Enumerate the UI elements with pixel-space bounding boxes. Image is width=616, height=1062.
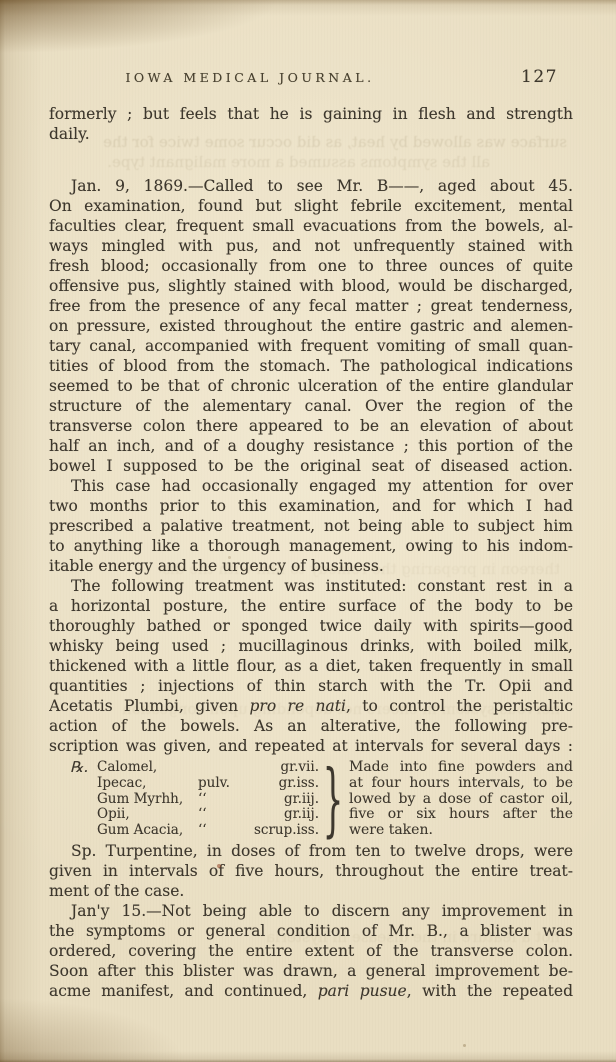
text-line: to anything like a thorough management, … — [49, 536, 573, 556]
rx-directions-line: five or six hours after the powders — [349, 807, 573, 823]
rx-item-name: Gum Myrhh, — [97, 792, 192, 808]
text-line: itable energy and the urgency of busines… — [49, 556, 573, 576]
rx-item-amount: gr.iss. — [242, 776, 319, 792]
text-line: seemed to be that of chronic ulceration … — [49, 376, 573, 396]
rx-directions-line: Made into fine powders and given — [349, 760, 573, 776]
text-line: The following treatment was instituted: … — [49, 576, 573, 596]
paragraph: Sp. Turpentine, in doses of from ten to … — [49, 841, 573, 901]
text-line: prescribed a palative treatment, not bei… — [49, 516, 573, 536]
rx-ingredient-table: Calomel,gr.vii.Ipecac,pulv.gr.iss.Gum My… — [97, 760, 319, 839]
rx-item-amount: scrup.iss. — [242, 823, 319, 839]
text-line: Jan. 9, 1869.—Called to see Mr. B——, age… — [49, 176, 573, 196]
text-line: fresh blood; occasionally from one to th… — [49, 256, 573, 276]
body-text-upper: formerly ; but feels that he is gaining … — [49, 104, 573, 756]
journal-title: IOWA MEDICAL JOURNAL. — [0, 70, 500, 85]
text-line: ordered, covering the entire extent of t… — [49, 941, 573, 961]
rx-item-amount: gr.iij. — [242, 792, 319, 808]
rx-directions-line: were taken. — [349, 823, 573, 839]
text-line: tary canal, accompanied with frequent vo… — [49, 336, 573, 356]
rx-directions-line: lowed by a dose of castor oil, some — [349, 792, 573, 808]
rx-item-name: Gum Acacia, — [97, 823, 192, 839]
text-line: whisky being used ; mucillaginous drinks… — [49, 636, 573, 656]
text-line: Acetatis Plumbi, given pro re nati, to c… — [49, 696, 573, 716]
running-header: IOWA MEDICAL JOURNAL. 127 — [0, 70, 616, 92]
rx-item-qualifier: ‘‘ — [192, 823, 242, 839]
text-line: ment of the case. — [49, 881, 573, 901]
text-line: quantities ; injections of thin starch w… — [49, 676, 573, 696]
paragraph: Jan. 9, 1869.—Called to see Mr. B——, age… — [49, 176, 573, 476]
prescription-block: ℞. Calomel,gr.vii.Ipecac,pulv.gr.iss.Gum… — [49, 760, 573, 842]
text-line: Soon after this blister was drawn, a gen… — [49, 961, 573, 981]
text-line: On examination, found but slight febrile… — [49, 196, 573, 216]
rx-item-name: Ipecac, — [97, 776, 192, 792]
rx-directions-line: at four hours intervals, to be fol- — [349, 776, 573, 792]
text-line: a horizontal posture, the entire surface… — [49, 596, 573, 616]
text-line: thoroughly bathed or sponged twice daily… — [49, 616, 573, 636]
text-line: structure of the alementary canal. Over … — [49, 396, 573, 416]
rx-item-name: Opii, — [97, 807, 192, 823]
rx-item-qualifier: pulv. — [192, 776, 242, 792]
text-line: transverse colon there appeared to be an… — [49, 416, 573, 436]
rx-item-qualifier: ‘‘ — [192, 792, 242, 808]
rx-symbol: ℞. — [49, 760, 97, 776]
text-line: offensive pus, slightly stained with blo… — [49, 276, 573, 296]
rx-item-amount: gr.vii. — [242, 760, 319, 776]
text-line: the symptoms or general condition of Mr.… — [49, 921, 573, 941]
rx-item-amount: gr.iij. — [242, 807, 319, 823]
text-line: thickened with a little flour, as a diet… — [49, 656, 573, 676]
body-text-lower: Sp. Turpentine, in doses of from ten to … — [49, 841, 573, 1001]
page-number: 127 — [521, 67, 558, 87]
rx-item-name: Calomel, — [97, 760, 192, 776]
text-line: This case had occasionally engaged my at… — [49, 476, 573, 496]
text-line: acme manifest, and continued, pari pusue… — [49, 981, 573, 1001]
text-line: given in intervals of five hours, throug… — [49, 861, 573, 881]
text-line: free from the presence of any fecal matt… — [49, 296, 573, 316]
text-line: Jan'y 15.—Not being able to discern any … — [49, 901, 573, 921]
text-line: Sp. Turpentine, in doses of from ten to … — [49, 841, 573, 861]
paper-speck — [463, 1044, 466, 1047]
text-line: faculties clear, frequent small evacuati… — [49, 216, 573, 236]
text-line: formerly ; but feels that he is gaining … — [49, 104, 573, 124]
text-line: ways mingled with pus, and not unfrequen… — [49, 236, 573, 256]
paragraph: formerly ; but feels that he is gaining … — [49, 104, 573, 144]
text-line: half an inch, and of a doughy resistance… — [49, 436, 573, 456]
text-line: tities of blood from the stomach. The pa… — [49, 356, 573, 376]
text-line: action of the bowels. As an alterative, … — [49, 716, 573, 736]
rx-item-qualifier — [192, 760, 242, 776]
text-line: daily. — [49, 124, 573, 144]
paragraph: The following treatment was instituted: … — [49, 576, 573, 756]
scanned-journal-page: { "header": { "journal_title": "IOWA MED… — [0, 0, 616, 1062]
text-line: scription was given, and repeated at int… — [49, 736, 573, 756]
text-line: on pressure, existed throughout the enti… — [49, 316, 573, 336]
paragraph: This case had occasionally engaged my at… — [49, 476, 573, 576]
text-line: bowel I supposed to be the original seat… — [49, 456, 573, 476]
paragraph: Jan'y 15.—Not being able to discern any … — [49, 901, 573, 1001]
rx-item-qualifier: ‘‘ — [192, 807, 242, 823]
rx-directions: Made into fine powders and givenat four … — [349, 760, 573, 839]
text-line: two months prior to this examination, an… — [49, 496, 573, 516]
